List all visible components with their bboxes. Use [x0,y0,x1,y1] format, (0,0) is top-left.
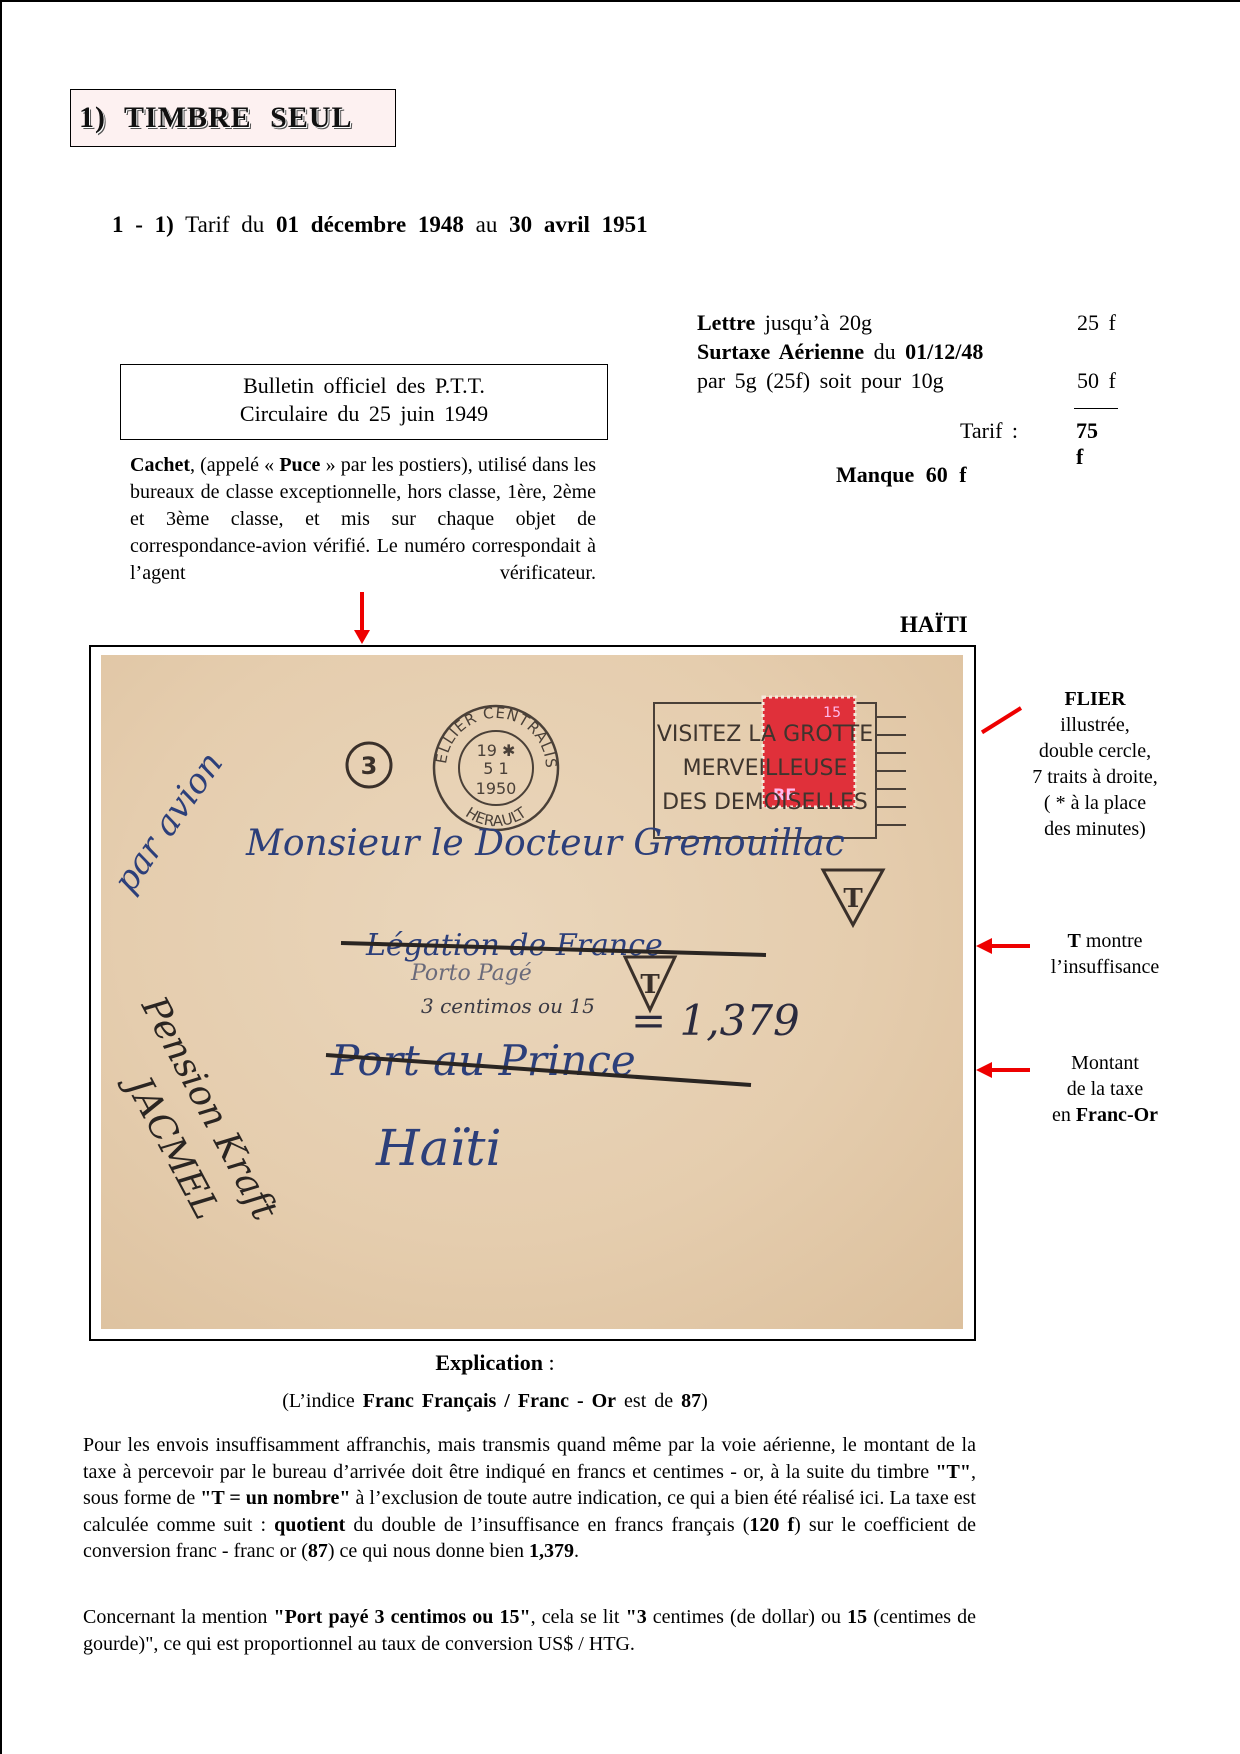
p-bold: quotient [274,1514,345,1536]
p-bold: 1,379 [529,1540,574,1562]
cachet-text: , (appelé « [190,454,279,476]
arrow-left-icon [990,1068,1030,1072]
svg-text:Porto Pagé: Porto Pagé [410,961,532,986]
flier-line: des minutes) [1010,816,1180,842]
explanation-title: Explication [435,1350,543,1375]
svg-text:5 1: 5 1 [483,759,508,778]
flier-cancel: 15 RF VISITEZ LA GROTTE MERVEILLEUSE DES… [654,697,906,838]
explanation-colon: : [543,1350,555,1375]
t-letter: T [1068,930,1081,952]
p-text: Concernant la mention [83,1606,273,1628]
flier-line: ( * à la place [1010,790,1180,816]
flier-title: FLIER [1064,688,1125,710]
montant-annotation: Montant de la taxe en Franc-Or [1030,1050,1180,1128]
date-to: 30 avril 1951 [509,212,648,237]
subtitle-text: au [476,212,498,237]
t-line2: l’insuffisance [1030,954,1180,980]
p-text: Pour les envois insuffisamment affranchi… [83,1434,976,1483]
p-bold: "T" [935,1461,971,1483]
tariff-label: Lettre [697,310,755,335]
tariff-desc: du [864,339,905,364]
indice-value: 87 [681,1390,701,1412]
envelope-illustration: 3 MONTPELLIER CENTRALISATEUR HERAULT 19 … [101,655,963,1329]
puce-term: Puce [279,454,320,476]
subtitle-text: Tarif du [185,212,264,237]
t-mark-annotation: T montre l’insuffisance [1030,928,1180,980]
p-text: . [574,1540,579,1562]
flier-line: illustrée, [1010,712,1180,738]
tariff-row-lettre: Lettre jusqu’à 20g 25 f [697,308,1117,337]
shortfall: Manque 60 f [836,462,967,488]
destination-label: HAÏTI [900,612,968,638]
section-title-box: 1) TIMBRE SEUL [70,89,396,147]
p-text: centimes (de dollar) ou [647,1606,847,1628]
arrow-down-head-icon [354,630,370,644]
subsection-number: 1 - 1) [112,212,174,237]
p-bold: 87 [308,1540,328,1562]
tariff-value: 25 f [1077,308,1116,337]
tariff-desc: jusqu’à 20g [755,310,872,335]
flier-annotation: FLIER illustrée, double cercle, 7 traits… [1010,686,1180,842]
p-bold: "T = un nombre" [200,1487,350,1509]
franc-or: Franc-Or [1076,1104,1158,1126]
svg-text:3 centimos ou 15: 3 centimos ou 15 [421,994,595,1018]
p-text: ) ce qui nous donne bien [328,1540,529,1562]
svg-text:1950: 1950 [476,779,517,798]
p-bold: "3 [626,1606,647,1628]
postmark: MONTPELLIER CENTRALISATEUR HERAULT 19 ✱ … [432,704,560,830]
tariff-period-heading: 1 - 1) Tarif du 01 décembre 1948 au 30 a… [112,212,648,238]
indice-text: est de [616,1390,681,1412]
tariff-row-surtaxe: Surtaxe Aérienne du 01/12/48 [697,337,1117,366]
indice-text: (L’indice [282,1390,363,1412]
p-text: , cela se lit [531,1606,626,1628]
arrow-down-icon [360,592,364,634]
svg-text:DES DEMOISELLES: DES DEMOISELLES [662,790,868,815]
tariff-total-label: Tarif : [960,418,1018,443]
t-text: montre [1081,930,1143,952]
explanation-paragraph-1: Pour les envois insuffisamment affranchi… [83,1432,976,1565]
puce-cachet: 3 [347,743,391,787]
explanation-paragraph-2: Concernant la mention "Port payé 3 centi… [83,1604,976,1657]
svg-text:T: T [843,884,863,914]
svg-text:3: 3 [361,752,378,780]
tariff-total-value: 75 f [1076,418,1098,470]
indice-currencies: Franc Français / Franc - Or [363,1390,616,1412]
svg-text:VISITEZ LA GROTTE: VISITEZ LA GROTTE [657,722,873,747]
p-bold: 120 f [749,1514,794,1536]
p-bold: "Port payé 3 centimos ou 15" [273,1606,530,1628]
svg-text:Monsieur le Docteur Grenouilla: Monsieur le Docteur Grenouillac [245,823,845,864]
cachet-description: Cachet, (appelé « Puce » par les postier… [130,452,596,587]
p-bold: 15 [847,1606,867,1628]
svg-text:= 1,379: = 1,379 [631,996,800,1045]
svg-text:19 ✱: 19 ✱ [477,741,516,760]
svg-text:Haïti: Haïti [375,1119,502,1177]
date-from: 01 décembre 1948 [276,212,464,237]
montant-line: de la taxe [1030,1076,1180,1102]
conversion-index: (L’indice Franc Français / Franc - Or es… [0,1390,990,1413]
bulletin-line: Bulletin officiel des P.T.T. [121,372,607,400]
tariff-date: 01/12/48 [905,339,983,364]
arrow-left-icon [990,944,1030,948]
page-border-top [0,0,1240,2]
flier-line: double cercle, [1010,738,1180,764]
page-border-left [0,0,2,1754]
montant-text: en [1052,1104,1076,1126]
indice-text: ) [701,1390,708,1412]
tariff-desc: par 5g (25f) soit pour 10g [697,368,944,393]
tariff-row-par5g: par 5g (25f) soit pour 10g 50 f [697,366,1117,395]
bulletin-line: Circulaire du 25 juin 1949 [121,400,607,428]
flier-line: 7 traits à droite, [1010,764,1180,790]
montant-line: Montant [1030,1050,1180,1076]
sum-rule [1074,408,1118,409]
tariff-table: Lettre jusqu’à 20g 25 f Surtaxe Aérienne… [697,308,1117,395]
section-title: 1) TIMBRE SEUL [79,101,353,135]
svg-text:MERVEILLEUSE: MERVEILLEUSE [683,756,848,781]
tariff-value: 50 f [1077,366,1116,395]
svg-text:par avion: par avion [106,745,232,901]
cachet-term: Cachet [130,454,190,476]
p-text: du double de l’insuffisance en francs fr… [345,1514,749,1536]
tariff-total: Tarif : 75 f [960,418,1018,444]
bulletin-reference-box: Bulletin officiel des P.T.T. Circulaire … [120,364,608,440]
explanation-heading: Explication : [0,1350,990,1376]
tariff-label: Surtaxe Aérienne [697,339,864,364]
svg-text:15: 15 [823,705,841,721]
envelope-image: 3 MONTPELLIER CENTRALISATEUR HERAULT 19 … [101,655,963,1329]
